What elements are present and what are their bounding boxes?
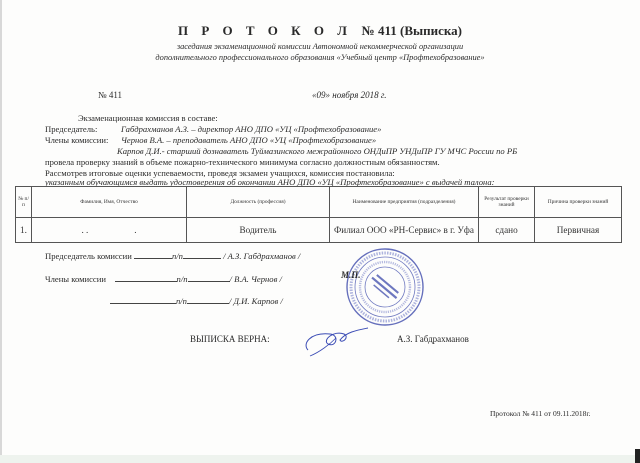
footer-reference: Протокол № 411 от 09.11.2018г.: [490, 409, 591, 418]
members-label: Члены комиссии:: [45, 135, 108, 145]
sign-mark: п/п: [176, 296, 187, 306]
extract-name: А.З. Габдрахманов: [397, 334, 469, 344]
cell-result: сдано: [479, 218, 535, 243]
chairman-sign-name: / А.З. Габдрахманов /: [223, 251, 300, 261]
commission-intro: Экзаменационная комиссия в составе:: [78, 113, 218, 123]
members-sign-label: Члены комиссии: [45, 274, 106, 284]
scan-bottom-band: [0, 455, 635, 463]
protocol-document: П Р О Т О К О Л № 411 (Выписка) заседани…: [0, 0, 640, 463]
signature-icon: [300, 320, 370, 360]
cell-reason: Первичная: [535, 218, 622, 243]
subtitle-line-2: дополнительного профессионального образо…: [0, 53, 640, 62]
table-row: 1. . . . Водитель Филиал ООО «РН-Сервис»…: [16, 218, 622, 243]
header-result: Результат проверки знаний: [479, 187, 535, 218]
signature-blank: [187, 295, 229, 304]
header-company: Наименование предприятия (подразделения): [330, 187, 479, 218]
cell-name: . . .: [32, 218, 187, 243]
chairman-value: Габдрахманов А.З. – директор АНО ДПО «УЦ…: [121, 124, 381, 134]
signature-blank: [188, 273, 230, 282]
scan-edge: [0, 0, 2, 463]
chairman-signature-line: Председатель комиссии п/п / А.З. Габдрах…: [45, 250, 300, 261]
member2-value: Карпов Д.И.- старший дознаватель Туймази…: [117, 146, 517, 156]
chairman-sign-label: Председатель комиссии: [45, 251, 132, 261]
subtitle-line-1: заседания экзаменационной комиссии Автон…: [0, 42, 640, 51]
results-table: № п/п Фамилия, Имя, Отчество Должность (…: [15, 186, 622, 243]
document-number: № 411: [98, 90, 122, 100]
document-date: «09» ноября 2018 г.: [312, 90, 387, 100]
cell-position: Водитель: [187, 218, 330, 243]
chairman-label: Председатель:: [45, 124, 97, 134]
cell-num: 1.: [16, 218, 32, 243]
member2-signature-line: п/п/ Д.И. Карпов /: [110, 295, 283, 306]
signature-blank: [183, 250, 221, 259]
signature-blank: [110, 295, 176, 304]
sign-mark: п/п: [172, 251, 183, 261]
header-num: № п/п: [16, 187, 32, 218]
member1-signature-line: Члены комиссии п/п/ В.А. Чернов /: [45, 273, 282, 284]
scan-edge: [635, 449, 640, 463]
seal-label: М.П.: [341, 270, 361, 280]
extract-label: ВЫПИСКА ВЕРНА:: [190, 334, 270, 344]
organization-seal-icon: [345, 247, 425, 327]
member2-sign-name: / Д.И. Карпов /: [229, 296, 283, 306]
signature-blank: [134, 250, 172, 259]
header-name: Фамилия, Имя, Отчество: [32, 187, 187, 218]
table-header-row: № п/п Фамилия, Имя, Отчество Должность (…: [16, 187, 622, 218]
signature-blank: [115, 273, 177, 282]
title-word: П Р О Т О К О Л: [178, 23, 352, 38]
document-title: П Р О Т О К О Л № 411 (Выписка): [0, 23, 640, 39]
header-position: Должность (профессия): [187, 187, 330, 218]
cell-company: Филиал ООО «РН-Сервис» в г. Уфа: [330, 218, 479, 243]
member1-value: Чернов В.А. – преподаватель АНО ДПО «УЦ …: [121, 135, 376, 145]
check-text: провела проверку знаний в объеме пожарно…: [45, 157, 440, 167]
member1-sign-name: / В.А. Чернов /: [230, 274, 282, 284]
title-number: № 411 (Выписка): [362, 23, 462, 38]
sign-mark: п/п: [177, 274, 188, 284]
header-reason: Причина проверки знаний: [535, 187, 622, 218]
